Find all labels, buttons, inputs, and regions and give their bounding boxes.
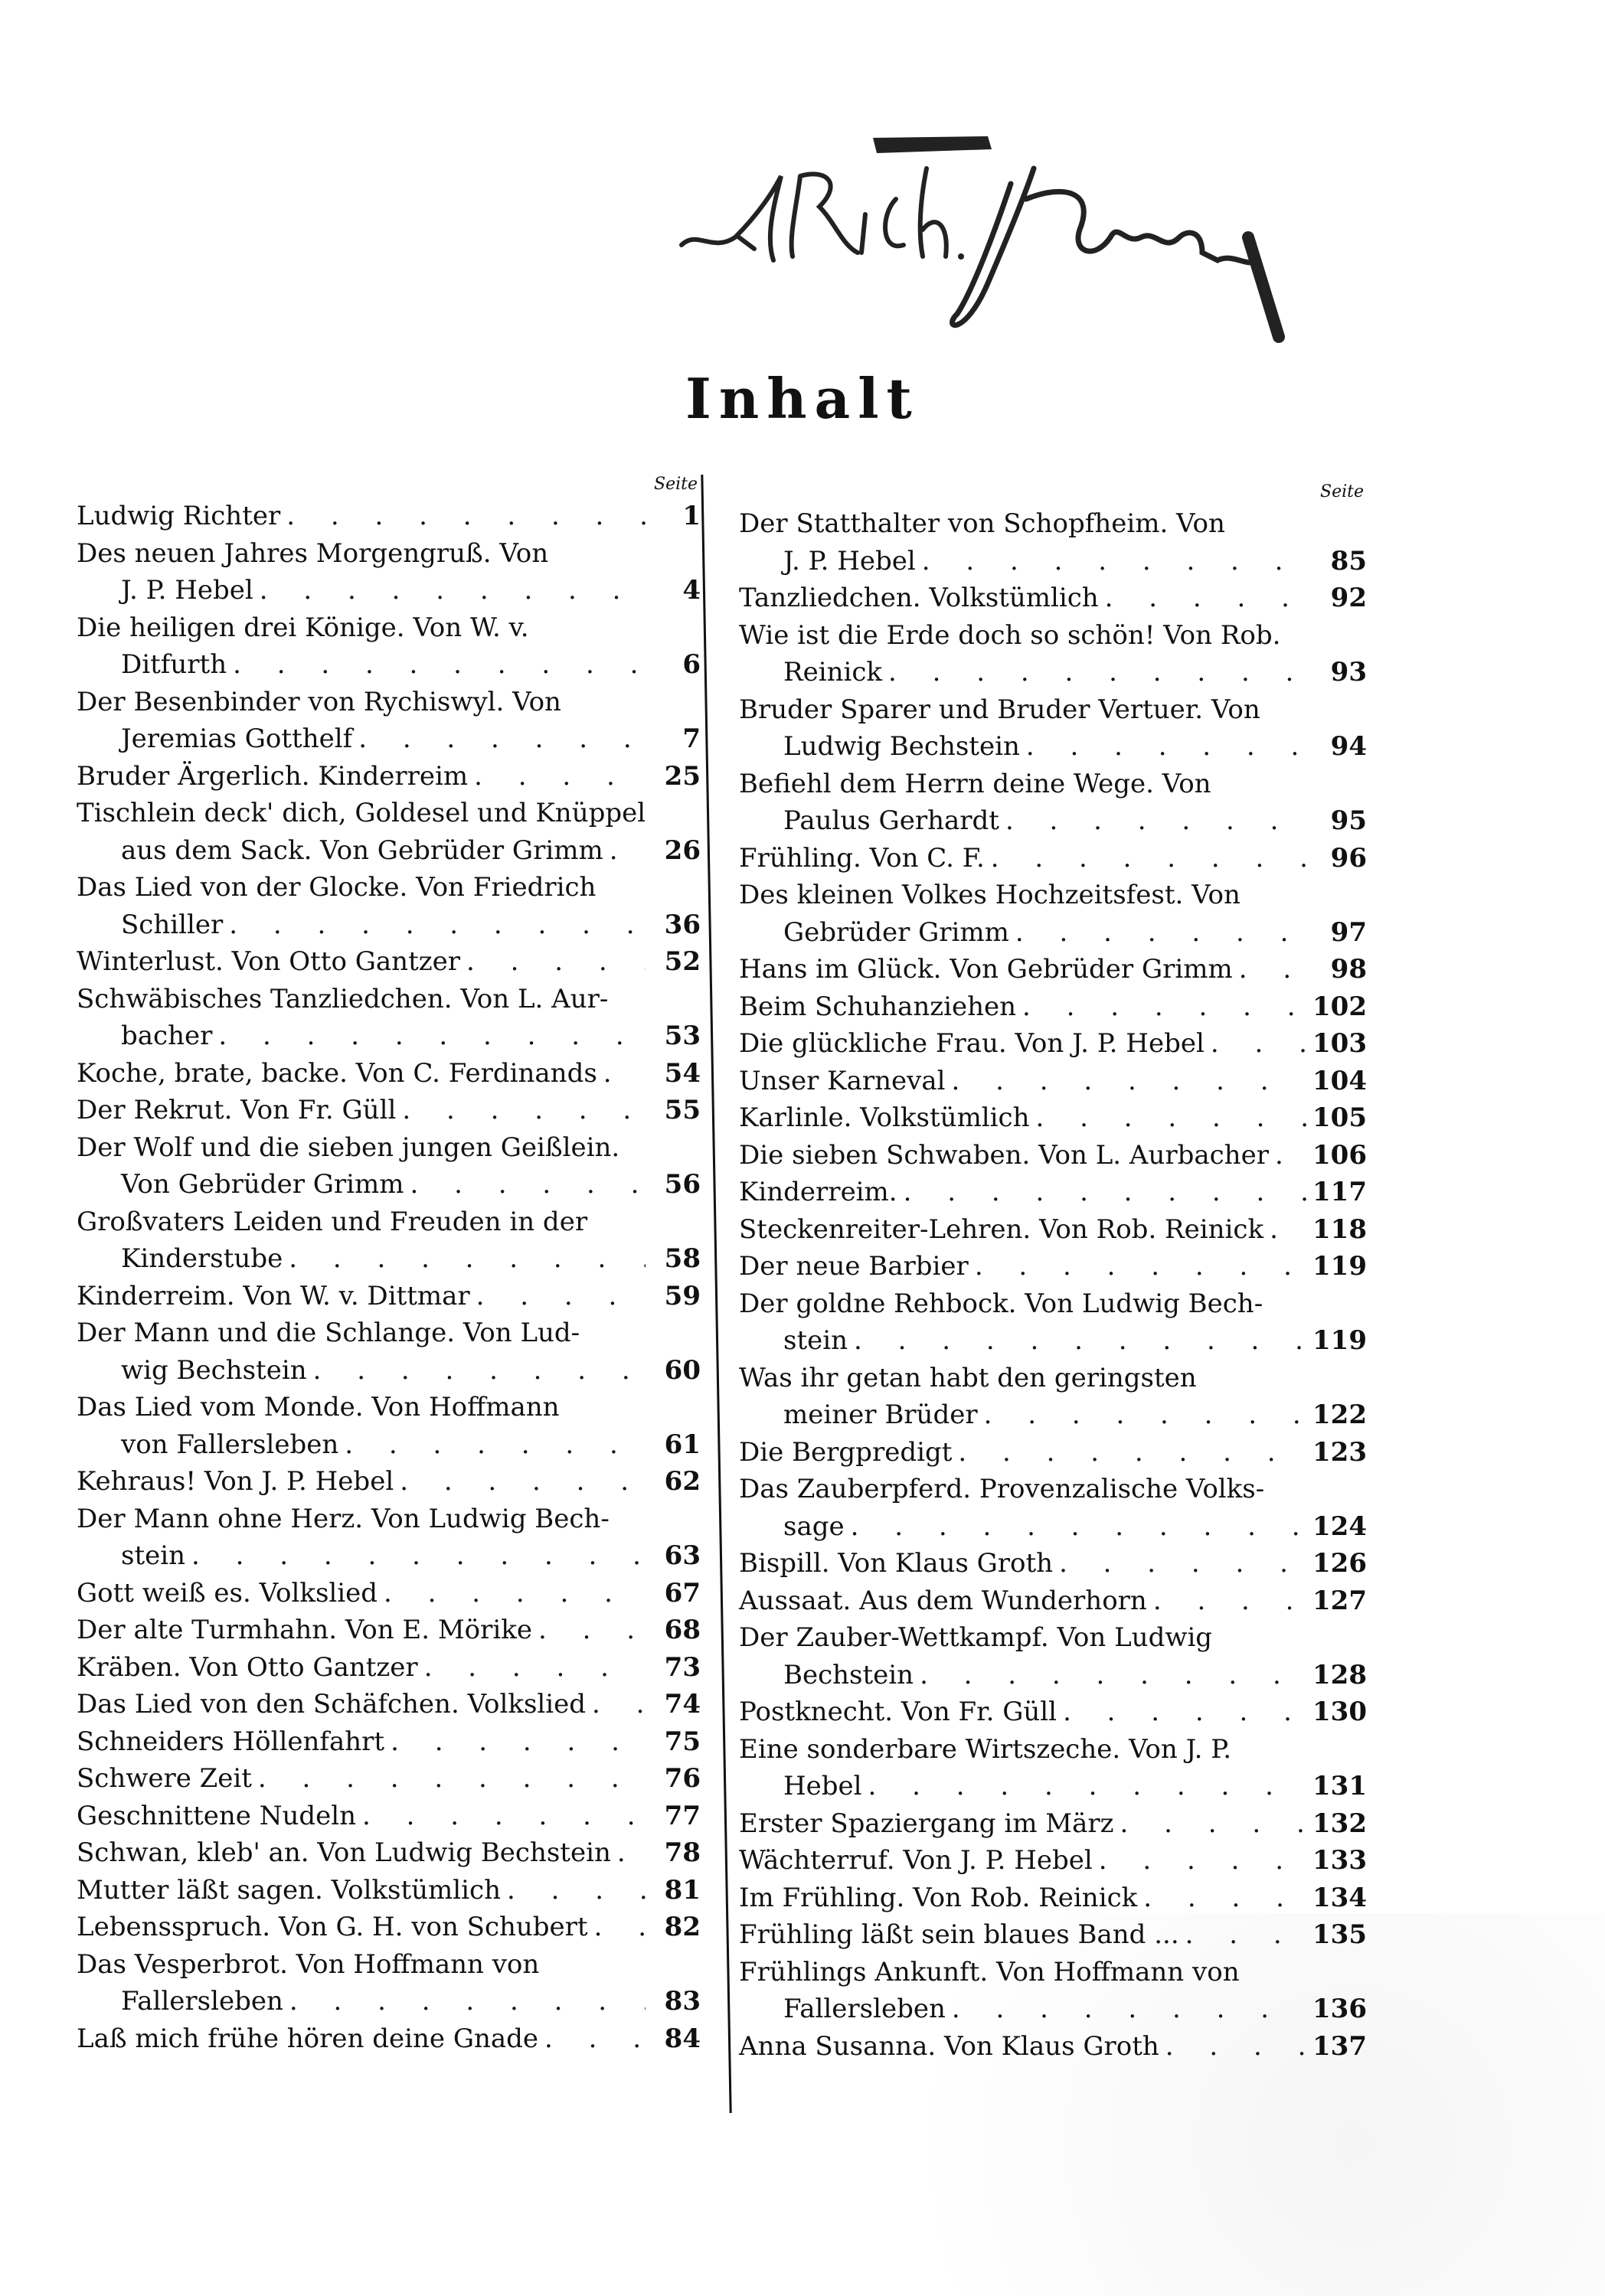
toc-entry-title: Bechstein <box>783 1657 914 1694</box>
toc-entry-line-final: Kehraus! Von J. P. Hebel62 <box>77 1463 701 1501</box>
toc-entry: Hans im Glück. Von Gebrüder Grimm98 <box>739 951 1367 988</box>
toc-page-number: 63 <box>652 1537 701 1575</box>
toc-entry: Der Zauber-Wettkampf. Von LudwigBechstei… <box>739 1619 1367 1693</box>
toc-entry-line-final: Das Lied von den Schäfchen. Volkslied74 <box>77 1686 701 1723</box>
toc-entry-title: Die heiligen drei Könige. Von W. v. <box>77 609 529 647</box>
toc-entry-line-final: Erster Spaziergang im März132 <box>739 1805 1367 1843</box>
toc-entry-title: Aussaat. Aus dem Wunderhorn <box>739 1582 1147 1620</box>
toc-entry-title: Der Besenbinder von Rychiswyl. Von <box>77 684 561 721</box>
dot-leader <box>218 1017 646 1055</box>
toc-entry-line-final: Schwan, kleb' an. Von Ludwig Bechstein78 <box>77 1834 701 1872</box>
toc-entry-title: Karlinle. Volkstümlich <box>739 1099 1030 1137</box>
toc-entry: Laß mich frühe hören deine Gnade84 <box>77 2020 701 2058</box>
toc-entry: Des neuen Jahres Morgengruß. VonJ. P. He… <box>77 535 701 609</box>
toc-entry-title: Das Vesperbrot. Von Hoffmann von <box>77 1946 539 1984</box>
page-title: Inhalt <box>0 366 1605 431</box>
toc-entry-title: Bruder Ärgerlich. Kinderreim <box>77 758 468 795</box>
toc-entry-title: stein <box>783 1322 848 1360</box>
dot-leader <box>289 1240 646 1278</box>
toc-entry-title: Laß mich frühe hören deine Gnade <box>77 2020 538 2058</box>
dot-leader <box>1275 1137 1306 1174</box>
toc-entry-line-final: aus dem Sack. Von Gebrüder Grimm26 <box>77 832 701 870</box>
toc-entry: Tischlein deck' dich, Goldesel und Knüpp… <box>77 795 701 869</box>
dot-leader <box>258 1760 646 1798</box>
toc-entry-line-final: Bruder Ärgerlich. Kinderreim25 <box>77 758 701 795</box>
toc-entry: Der Mann ohne Herz. Von Ludwig Bech-stei… <box>77 1501 701 1575</box>
toc-entry: Karlinle. Volkstümlich105 <box>739 1099 1367 1137</box>
toc-page-number: 106 <box>1312 1137 1367 1174</box>
toc-entry-line: Der Mann ohne Herz. Von Ludwig Bech- <box>77 1501 701 1538</box>
dot-leader <box>229 906 646 944</box>
toc-entry-title: Der Mann ohne Herz. Von Ludwig Bech- <box>77 1501 610 1538</box>
toc-entry-title: Kinderreim. Von W. v. Dittmar <box>77 1278 470 1315</box>
toc-entry-line-final: Jeremias Gotthelf7 <box>77 720 701 758</box>
toc-page-number: 119 <box>1312 1248 1367 1285</box>
toc-entry-line-final: Die Bergpredigt123 <box>739 1434 1367 1471</box>
toc-entry-title: Tischlein deck' dich, Goldesel und Knüpp… <box>77 795 646 832</box>
dot-leader <box>922 543 1312 580</box>
toc-entry-line-final: Bispill. Von Klaus Groth126 <box>739 1545 1367 1582</box>
toc-entry-line-final: J. P. Hebel4 <box>77 572 701 609</box>
dot-leader <box>617 1834 646 1872</box>
toc-entry: Bruder Sparer und Bruder Vertuer. VonLud… <box>739 691 1367 766</box>
toc-entry-title: Der Rekrut. Von Fr. Güll <box>77 1092 396 1129</box>
toc-entry-title: Von Gebrüder Grimm <box>121 1166 404 1204</box>
dot-leader <box>951 1063 1306 1100</box>
toc-entry-line: Das Vesperbrot. Von Hoffmann von <box>77 1946 701 1984</box>
toc-page-number: 94 <box>1318 728 1367 766</box>
toc-entry-title: Postknecht. Von Fr. Güll <box>739 1693 1057 1731</box>
toc-page-number: 122 <box>1312 1396 1367 1434</box>
dot-leader <box>474 758 646 795</box>
toc-entry: Mutter läßt sagen. Volkstümlich81 <box>77 1872 701 1909</box>
toc-page-number: 82 <box>652 1909 701 1946</box>
toc-entry-title: Des neuen Jahres Morgengruß. Von <box>77 535 548 573</box>
toc-page-number: 81 <box>652 1872 701 1909</box>
toc-entry-line-final: Kinderreim. Von W. v. Dittmar59 <box>77 1278 701 1315</box>
toc-entry-line-final: bacher53 <box>77 1017 701 1055</box>
toc-entry: Großvaters Leiden und Freuden in derKind… <box>77 1204 701 1278</box>
toc-entry-line-final: Paulus Gerhardt95 <box>739 802 1367 840</box>
toc-entry-line-final: meiner Brüder122 <box>739 1396 1367 1434</box>
dot-leader <box>1153 1582 1306 1620</box>
toc-entry-line: Der Statthalter von Schopfheim. Von <box>739 505 1367 543</box>
toc-entry: Wie ist die Erde doch so schön! Von Rob.… <box>739 617 1367 691</box>
toc-page-number: 95 <box>1318 802 1367 840</box>
toc-page-number: 74 <box>652 1686 701 1723</box>
toc-entry: Kehraus! Von J. P. Hebel62 <box>77 1463 701 1501</box>
toc-entry: Eine sonderbare Wirtszeche. Von J. P.Heb… <box>739 1731 1367 1805</box>
toc-page-number: 26 <box>652 832 701 870</box>
toc-entry: Schwere Zeit76 <box>77 1760 701 1798</box>
toc-entry-title: Die sieben Schwaben. Von L. Aurbacher <box>739 1137 1269 1174</box>
toc-entry-title: Wie ist die Erde doch so schön! Von Rob. <box>739 617 1280 655</box>
toc-entry: Wächterruf. Von J. P. Hebel133 <box>739 1842 1367 1880</box>
toc-entry-line: Der goldne Rehbock. Von Ludwig Bech- <box>739 1285 1367 1323</box>
toc-entry: Schneiders Höllenfahrt75 <box>77 1723 701 1761</box>
dot-leader <box>1143 1880 1306 1917</box>
toc-entry-line-final: Die sieben Schwaben. Von L. Aurbacher106 <box>739 1137 1367 1174</box>
dot-leader <box>868 1768 1306 1805</box>
toc-page-number: 123 <box>1312 1434 1367 1471</box>
toc-entry-line-final: Mutter läßt sagen. Volkstümlich81 <box>77 1872 701 1909</box>
toc-page-number: 78 <box>652 1834 701 1872</box>
toc-entry-title: Großvaters Leiden und Freuden in der <box>77 1204 587 1241</box>
dot-leader <box>854 1322 1306 1360</box>
toc-entry-title: Erster Spaziergang im März <box>739 1805 1114 1843</box>
dot-leader <box>507 1872 646 1909</box>
toc-entry-line: Des neuen Jahres Morgengruß. Von <box>77 535 701 573</box>
toc-entry-title: aus dem Sack. Von Gebrüder Grimm <box>121 832 603 870</box>
toc-entry-title: Der Zauber-Wettkampf. Von Ludwig <box>739 1619 1212 1657</box>
toc-entry: Im Frühling. Von Rob. Reinick134 <box>739 1880 1367 1917</box>
toc-page-number: 93 <box>1318 654 1367 691</box>
toc-entry-line-final: Beim Schuhanziehen102 <box>739 988 1367 1026</box>
toc-entry-line-final: Der alte Turmhahn. Von E. Mörike68 <box>77 1612 701 1649</box>
toc-entry: Gott weiß es. Volkslied67 <box>77 1575 701 1612</box>
toc-entry-title: Paulus Gerhardt <box>783 802 999 840</box>
toc-page-number: 104 <box>1312 1063 1367 1100</box>
dot-leader <box>610 832 646 870</box>
toc-entry-line-final: von Fallersleben61 <box>77 1426 701 1464</box>
toc-entry-line-final: Kinderstube58 <box>77 1240 701 1278</box>
toc-entry-title: Das Lied von den Schäfchen. Volkslied <box>77 1686 586 1723</box>
toc-entry: Die heiligen drei Könige. Von W. v.Ditfu… <box>77 609 701 684</box>
toc-entry-title: J. P. Hebel <box>783 543 916 580</box>
toc-entry: Der Wolf und die sieben jungen Geißlein.… <box>77 1129 701 1204</box>
toc-page-number: 4 <box>652 572 701 609</box>
dot-leader <box>1270 1211 1306 1249</box>
toc-entry-line-final: stein119 <box>739 1322 1367 1360</box>
toc-entry-line-final: Schiller36 <box>77 906 701 944</box>
toc-entry-title: Was ihr getan habt den geringsten <box>739 1360 1197 1397</box>
toc-entry-title: Kehraus! Von J. P. Hebel <box>77 1463 394 1501</box>
toc-entry: Das Lied von der Glocke. Von FriedrichSc… <box>77 869 701 943</box>
toc-page-number: 118 <box>1312 1211 1367 1249</box>
toc-entry-line-final: wig Bechstein60 <box>77 1352 701 1390</box>
dot-leader <box>594 1909 646 1946</box>
toc-entry-title: Reinick <box>783 654 882 691</box>
dot-leader <box>233 646 646 684</box>
toc-entry: Was ihr getan habt den geringstenmeiner … <box>739 1360 1367 1434</box>
toc-page-number: 73 <box>652 1649 701 1687</box>
dot-leader <box>384 1575 646 1612</box>
toc-entry-line-final: Von Gebrüder Grimm56 <box>77 1166 701 1204</box>
toc-entry-line-final: Im Frühling. Von Rob. Reinick134 <box>739 1880 1367 1917</box>
toc-entry-line-final: Reinick93 <box>739 654 1367 691</box>
toc-page-number: 105 <box>1312 1099 1367 1137</box>
toc-entry: Befiehl dem Herrn deine Wege. VonPaulus … <box>739 766 1367 840</box>
toc-entry-title: Befiehl dem Herrn deine Wege. Von <box>739 766 1211 803</box>
toc-entry-title: Der alte Turmhahn. Von E. Mörike <box>77 1612 532 1649</box>
toc-entry-line-final: Geschnittene Nudeln77 <box>77 1798 701 1835</box>
toc-page-number: 96 <box>1318 840 1367 877</box>
toc-page-number: 76 <box>652 1760 701 1798</box>
dot-leader <box>424 1649 646 1687</box>
toc-entry: Beim Schuhanziehen102 <box>739 988 1367 1026</box>
toc-page-number: 134 <box>1312 1880 1367 1917</box>
toc-entry-line-final: Ludwig Bechstein94 <box>739 728 1367 766</box>
signature-scribble-icon <box>666 122 1355 352</box>
dot-leader <box>1022 988 1306 1026</box>
toc-entry-title: Wächterruf. Von J. P. Hebel <box>739 1842 1093 1880</box>
toc-entry-title: Gebrüder Grimm <box>783 914 1009 952</box>
toc-page-number: 132 <box>1312 1805 1367 1843</box>
toc-page-number: 61 <box>652 1426 701 1464</box>
dot-leader <box>1239 951 1312 988</box>
toc-entry-line: Tischlein deck' dich, Goldesel und Knüpp… <box>77 795 701 832</box>
toc-entry-title: Jeremias Gotthelf <box>121 720 352 758</box>
toc-page-number: 58 <box>652 1240 701 1278</box>
toc-entry-title: Beim Schuhanziehen <box>739 988 1016 1026</box>
toc-entry-line: Des kleinen Volkes Hochzeitsfest. Von <box>739 877 1367 914</box>
toc-entry-line-final: Laß mich frühe hören deine Gnade84 <box>77 2020 701 2058</box>
dot-leader <box>1099 1842 1306 1880</box>
toc-entry-line-final: stein63 <box>77 1537 701 1575</box>
toc-entry-title: Im Frühling. Von Rob. Reinick <box>739 1880 1137 1917</box>
toc-page-number: 84 <box>652 2020 701 2058</box>
toc-entry-title: Winterlust. Von Otto Gantzer <box>77 943 460 981</box>
dot-leader <box>402 1092 646 1129</box>
dot-leader <box>1015 914 1312 952</box>
handwritten-signature <box>666 122 1355 352</box>
toc-entry: Erster Spaziergang im März132 <box>739 1805 1367 1843</box>
toc-entry: Der Rekrut. Von Fr. Güll55 <box>77 1092 701 1129</box>
toc-entry-title: Schwäbisches Tanzliedchen. Von L. Aur- <box>77 981 608 1018</box>
toc-entry-line-final: Karlinle. Volkstümlich105 <box>739 1099 1367 1137</box>
toc-entry-line-final: J. P. Hebel85 <box>739 543 1367 580</box>
dot-leader <box>958 1434 1306 1471</box>
toc-entry-title: Kräben. Von Otto Gantzer <box>77 1649 418 1687</box>
dot-leader <box>358 720 646 758</box>
toc-entry-list: Der Statthalter von Schopfheim. VonJ. P.… <box>739 505 1367 2065</box>
toc-entry-line: Der Mann und die Schlange. Von Lud- <box>77 1315 701 1352</box>
toc-page-number: 133 <box>1312 1842 1367 1880</box>
dot-leader <box>920 1657 1306 1694</box>
toc-entry-title: Der Statthalter von Schopfheim. Von <box>739 505 1225 543</box>
toc-entry: Koche, brate, backe. Von C. Ferdinands54 <box>77 1055 701 1092</box>
dot-leader <box>476 1278 646 1315</box>
dot-leader <box>1036 1099 1307 1137</box>
toc-entry-line: Die heiligen drei Könige. Von W. v. <box>77 609 701 647</box>
toc-entry-line-final: Postknecht. Von Fr. Güll130 <box>739 1693 1367 1731</box>
toc-entry-line: Das Lied vom Monde. Von Hoffmann <box>77 1389 701 1426</box>
toc-page-number: 60 <box>652 1352 701 1390</box>
toc-entry-line-final: Steckenreiter-Lehren. Von Rob. Reinick11… <box>739 1211 1367 1249</box>
toc-page-number: 68 <box>652 1612 701 1649</box>
toc-entry-line-final: Ditfurth6 <box>77 646 701 684</box>
toc-page-number: 25 <box>652 758 701 795</box>
toc-entry: Unser Karneval104 <box>739 1063 1367 1100</box>
toc-entry: Die sieben Schwaben. Von L. Aurbacher106 <box>739 1137 1367 1174</box>
dot-leader <box>1120 1805 1306 1843</box>
toc-entry-title: Bruder Sparer und Bruder Vertuer. Von <box>739 691 1260 729</box>
toc-entry-title: Des kleinen Volkes Hochzeitsfest. Von <box>739 877 1241 914</box>
toc-entry-line-final: Gott weiß es. Volkslied67 <box>77 1575 701 1612</box>
toc-entry-title: Das Lied von der Glocke. Von Friedrich <box>77 869 596 906</box>
toc-entry-line-final: Lebensspruch. Von G. H. von Schubert82 <box>77 1909 701 1946</box>
toc-entry: Kräben. Von Otto Gantzer73 <box>77 1649 701 1687</box>
toc-page-number: 127 <box>1312 1582 1367 1620</box>
dot-leader <box>410 1166 646 1204</box>
toc-entry: Geschnittene Nudeln77 <box>77 1798 701 1835</box>
toc-page-number: 7 <box>652 720 701 758</box>
dot-leader <box>851 1508 1306 1546</box>
toc-entry-title: Eine sonderbare Wirtszeche. Von J. P. <box>739 1731 1231 1769</box>
dot-leader <box>991 840 1312 877</box>
toc-entry-title: Tanzliedchen. Volkstümlich <box>739 580 1099 617</box>
toc-entry-title: Steckenreiter-Lehren. Von Rob. Reinick <box>739 1211 1263 1249</box>
toc-entry: Kinderreim.117 <box>739 1174 1367 1211</box>
toc-entry-line-final: Der Rekrut. Von Fr. Güll55 <box>77 1092 701 1129</box>
toc-entry-title: Fallersleben <box>121 1983 283 2020</box>
toc-entry-line: Das Zauberpferd. Provenzalische Volks- <box>739 1471 1367 1508</box>
dot-leader <box>544 2020 646 2058</box>
toc-entry: Der Besenbinder von Rychiswyl. VonJeremi… <box>77 684 701 758</box>
toc-entry-title: Schwan, kleb' an. Von Ludwig Bechstein <box>77 1834 611 1872</box>
toc-entry: Bruder Ärgerlich. Kinderreim25 <box>77 758 701 795</box>
toc-entry-title: Frühling. Von C. F. <box>739 840 985 877</box>
toc-entry: Schwan, kleb' an. Von Ludwig Bechstein78 <box>77 1834 701 1872</box>
dot-leader <box>975 1248 1306 1285</box>
toc-page-number: 54 <box>652 1055 701 1092</box>
column-divider <box>701 475 731 2113</box>
dot-leader <box>1063 1693 1306 1731</box>
toc-entry: Das Vesperbrot. Von Hoffmann vonFallersl… <box>77 1946 701 2020</box>
toc-entry-line-final: Koche, brate, backe. Von C. Ferdinands54 <box>77 1055 701 1092</box>
dot-leader <box>904 1174 1306 1211</box>
dot-leader <box>538 1612 646 1649</box>
toc-entry-line-final: Winterlust. Von Otto Gantzer52 <box>77 943 701 981</box>
toc-entry: Schwäbisches Tanzliedchen. Von L. Aur-ba… <box>77 981 701 1055</box>
toc-entry-title: Hans im Glück. Von Gebrüder Grimm <box>739 951 1233 988</box>
toc-entry-title: Schiller <box>121 906 223 944</box>
toc-entry: Ludwig Richter1 <box>77 498 701 535</box>
toc-entry-title: Der neue Barbier <box>739 1248 969 1285</box>
toc-entry-title: Bispill. Von Klaus Groth <box>739 1545 1053 1582</box>
toc-entry-line-final: Die glückliche Frau. Von J. P. Hebel103 <box>739 1025 1367 1063</box>
toc-entry-title: von Fallersleben <box>121 1426 338 1464</box>
dot-leader <box>1105 580 1312 617</box>
toc-entry: Winterlust. Von Otto Gantzer52 <box>77 943 701 981</box>
toc-entry-title: meiner Brüder <box>783 1396 978 1434</box>
toc-entry-title: Lebensspruch. Von G. H. von Schubert <box>77 1909 588 1946</box>
toc-page-number: 97 <box>1318 914 1367 952</box>
toc-page-number: 55 <box>652 1092 701 1129</box>
toc-entry-title: Der goldne Rehbock. Von Ludwig Bech- <box>739 1285 1263 1323</box>
toc-entry: Der goldne Rehbock. Von Ludwig Bech-stei… <box>739 1285 1367 1360</box>
dot-leader <box>391 1723 646 1761</box>
toc-entry: Frühling. Von C. F.96 <box>739 840 1367 877</box>
toc-entry-title: Schneiders Höllenfahrt <box>77 1723 384 1761</box>
toc-entry-title: Mutter läßt sagen. Volkstümlich <box>77 1872 501 1909</box>
dot-leader <box>1211 1025 1306 1063</box>
toc-page-number: 92 <box>1318 580 1367 617</box>
toc-entry-line-final: Hans im Glück. Von Gebrüder Grimm98 <box>739 951 1367 988</box>
toc-page-number: 6 <box>652 646 701 684</box>
toc-entry: Lebensspruch. Von G. H. von Schubert82 <box>77 1909 701 1946</box>
toc-entry-line-final: Fallersleben83 <box>77 1983 701 2020</box>
toc-entry-line-final: Wächterruf. Von J. P. Hebel133 <box>739 1842 1367 1880</box>
dot-leader <box>260 572 646 609</box>
toc-page-number: 53 <box>652 1017 701 1055</box>
toc-entry-line: Das Lied von der Glocke. Von Friedrich <box>77 869 701 906</box>
toc-entry-title: Die Bergpredigt <box>739 1434 952 1471</box>
toc-entry-title: Unser Karneval <box>739 1063 945 1100</box>
dot-leader <box>313 1352 646 1390</box>
toc-entry-line-final: Unser Karneval104 <box>739 1063 1367 1100</box>
page-column-label: Seite <box>77 475 701 498</box>
toc-entry: Tanzliedchen. Volkstümlich92 <box>739 580 1367 617</box>
dot-leader <box>345 1426 646 1464</box>
toc-entry-line: Der Zauber-Wettkampf. Von Ludwig <box>739 1619 1367 1657</box>
toc-entry-line: Was ihr getan habt den geringsten <box>739 1360 1367 1397</box>
toc-entry-line: Großvaters Leiden und Freuden in der <box>77 1204 701 1241</box>
page-column-label: Seite <box>739 482 1367 505</box>
toc-page-number: 102 <box>1312 988 1367 1026</box>
toc-page-number: 62 <box>652 1463 701 1501</box>
toc-entry-line: Eine sonderbare Wirtszeche. Von J. P. <box>739 1731 1367 1769</box>
toc-entry-line: Der Wolf und die sieben jungen Geißlein. <box>77 1129 701 1167</box>
toc-entry-title: sage <box>783 1508 845 1546</box>
toc-right-column: Seite Der Statthalter von Schopfheim. Vo… <box>739 482 1367 2065</box>
toc-entry-line-final: Schwere Zeit76 <box>77 1760 701 1798</box>
toc-entry-line: Befiehl dem Herrn deine Wege. Von <box>739 766 1367 803</box>
dot-leader <box>466 943 646 981</box>
toc-entry-title: Ditfurth <box>121 646 227 684</box>
toc-entry: Der Mann und die Schlange. Von Lud-wig B… <box>77 1315 701 1389</box>
toc-page-number: 128 <box>1312 1657 1367 1694</box>
toc-page-number: 36 <box>652 906 701 944</box>
toc-entry-line-final: Gebrüder Grimm97 <box>739 914 1367 952</box>
toc-entry: Das Lied von den Schäfchen. Volkslied74 <box>77 1686 701 1723</box>
toc-entry-title: Der Wolf und die sieben jungen Geißlein. <box>77 1129 619 1167</box>
toc-entry: Der neue Barbier119 <box>739 1248 1367 1285</box>
toc-entry-title: Ludwig Bechstein <box>783 728 1020 766</box>
toc-entry-line-final: Der neue Barbier119 <box>739 1248 1367 1285</box>
dot-leader <box>603 1055 646 1092</box>
toc-entry: Kinderreim. Von W. v. Dittmar59 <box>77 1278 701 1315</box>
toc-entry-title: Kinderreim. <box>739 1174 897 1211</box>
toc-entry-list: Ludwig Richter1Des neuen Jahres Morgengr… <box>77 498 701 2057</box>
toc-entry: Das Lied vom Monde. Von Hoffmannvon Fall… <box>77 1389 701 1463</box>
dot-leader <box>400 1463 646 1501</box>
toc-page-number: 103 <box>1312 1025 1367 1063</box>
toc-entry-line-final: Aussaat. Aus dem Wunderhorn127 <box>739 1582 1367 1620</box>
toc-page-number: 117 <box>1312 1174 1367 1211</box>
toc-entry-line-final: sage124 <box>739 1508 1367 1546</box>
toc-page-number: 75 <box>652 1723 701 1761</box>
toc-entry-line: Der Besenbinder von Rychiswyl. Von <box>77 684 701 721</box>
dot-leader <box>888 654 1312 691</box>
toc-page-number: 83 <box>652 1983 701 2020</box>
toc-page-number: 67 <box>652 1575 701 1612</box>
dot-leader <box>286 498 646 535</box>
toc-entry-title: stein <box>121 1537 185 1575</box>
toc-entry: Des kleinen Volkes Hochzeitsfest. VonGeb… <box>739 877 1367 951</box>
dot-leader <box>362 1798 646 1835</box>
toc-entry: Steckenreiter-Lehren. Von Rob. Reinick11… <box>739 1211 1367 1249</box>
toc-entry-line-final: Ludwig Richter1 <box>77 498 701 535</box>
toc-page-number: 98 <box>1318 951 1367 988</box>
toc-entry: Das Zauberpferd. Provenzalische Volks-sa… <box>739 1471 1367 1545</box>
dot-leader <box>1005 802 1312 840</box>
toc-page-number: 1 <box>652 498 701 535</box>
toc-entry-title: wig Bechstein <box>121 1352 307 1390</box>
toc-entry-line-final: Bechstein128 <box>739 1657 1367 1694</box>
toc-entry-title: J. P. Hebel <box>121 572 253 609</box>
toc-entry-title: Kinderstube <box>121 1240 283 1278</box>
